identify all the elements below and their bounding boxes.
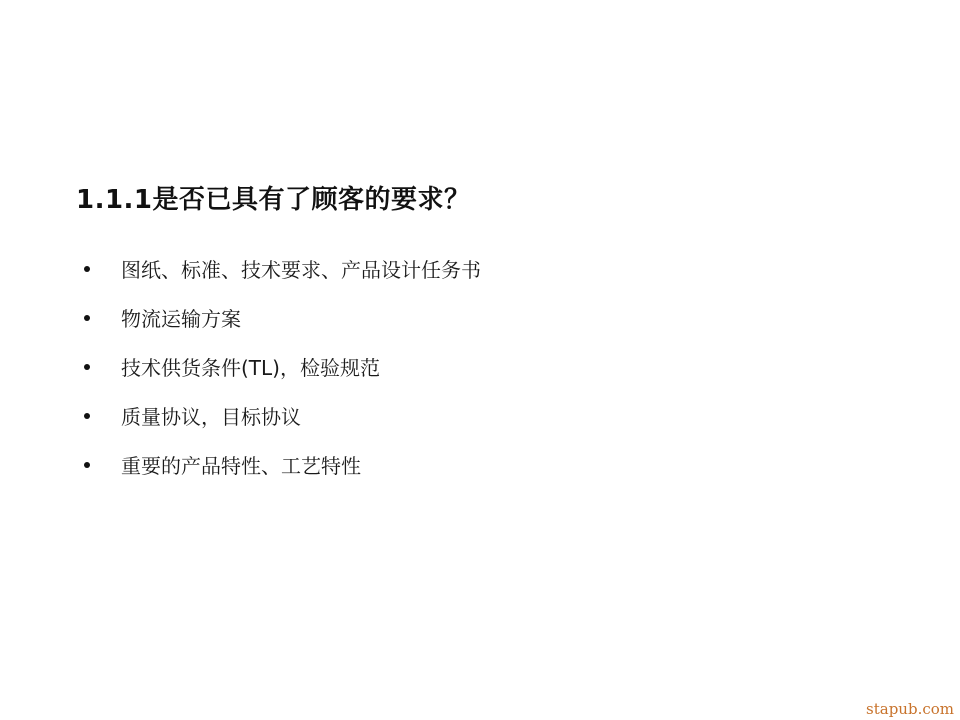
bullet-text: 重要的产品特性、工艺特性	[121, 450, 361, 479]
bullet-icon	[84, 364, 90, 370]
watermark: stapub.com	[866, 700, 954, 718]
bullet-text: 技术供货条件(TL)，检验规范	[121, 352, 380, 381]
bullet-text: 质量协议，目标协议	[121, 401, 301, 430]
bullet-icon	[84, 413, 90, 419]
bullet-item: 技术供货条件(TL)，检验规范	[82, 342, 481, 391]
bullet-icon	[84, 315, 90, 321]
bullet-item: 重要的产品特性、工艺特性	[82, 440, 481, 489]
slide-title: 1.1.1是否已具有了顾客的要求？	[76, 180, 471, 220]
bullet-text: 图纸、标准、技术要求、产品设计任务书	[121, 254, 481, 283]
bullet-item: 质量协议，目标协议	[82, 391, 481, 440]
bullet-item: 图纸、标准、技术要求、产品设计任务书	[82, 244, 481, 293]
slide: 1.1.1是否已具有了顾客的要求？ 图纸、标准、技术要求、产品设计任务书 物流运…	[0, 0, 960, 720]
bullet-text: 物流运输方案	[121, 303, 241, 332]
bullet-item: 物流运输方案	[82, 293, 481, 342]
bullet-icon	[84, 266, 90, 272]
bullet-icon	[84, 462, 90, 468]
bullet-list: 图纸、标准、技术要求、产品设计任务书 物流运输方案 技术供货条件(TL)，检验规…	[82, 244, 481, 489]
